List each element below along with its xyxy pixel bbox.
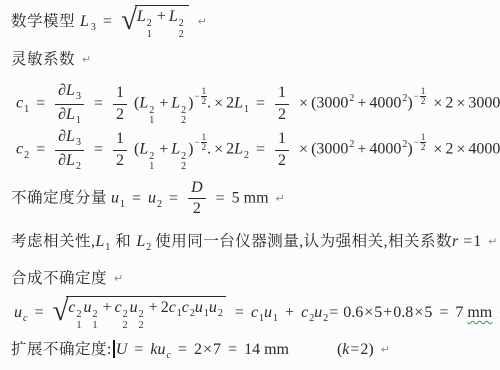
exponent-neg-half: −12 bbox=[194, 133, 207, 152]
op-times: × bbox=[214, 95, 223, 112]
line-sensitivity: 灵敏系数 ↵ bbox=[11, 47, 91, 69]
sub-1: 1 bbox=[105, 242, 110, 253]
denominator: 2 bbox=[278, 105, 286, 124]
op-times: × bbox=[456, 95, 465, 112]
numerator: 1 bbox=[275, 130, 289, 150]
op-plus: + bbox=[357, 141, 366, 158]
paragraph-mark: ↵ bbox=[381, 344, 390, 356]
sub-2: 2 bbox=[179, 30, 184, 41]
op-equals: = bbox=[216, 190, 225, 207]
text-and: 和 bbox=[115, 233, 131, 250]
var-c: c bbox=[68, 299, 75, 316]
partial-L: ∂L bbox=[58, 82, 75, 99]
sup-2: 2 bbox=[93, 310, 98, 321]
op-equals: = bbox=[134, 341, 143, 358]
op-equals: = bbox=[350, 341, 359, 358]
op-plus: + bbox=[149, 299, 158, 316]
op-times: × bbox=[433, 141, 442, 158]
period: . bbox=[207, 141, 211, 158]
var-L: L bbox=[234, 95, 243, 112]
supsub-2-1: 21 bbox=[77, 310, 82, 331]
op-times: × bbox=[214, 141, 223, 158]
label-component: 不确定度分量 bbox=[11, 190, 107, 207]
line-correlation-note: 考虑相关性,L1 和 L2 使用同一台仪器测量,认为强相关,相关系数r =1 ↵ bbox=[11, 229, 497, 253]
var-u: u bbox=[209, 299, 217, 316]
supsub-2-1: 21 bbox=[147, 19, 152, 40]
sup-2: 2 bbox=[139, 310, 144, 321]
supsub-2-2: 22 bbox=[123, 310, 128, 331]
var-u: u bbox=[14, 304, 22, 321]
supsub-2-1: 21 bbox=[149, 152, 154, 173]
radicand: c21u21+c22u22+2c1c2u1u2 bbox=[66, 296, 226, 331]
partial-L: ∂L bbox=[58, 106, 75, 123]
sub-2: 2 bbox=[24, 150, 29, 161]
partial-L: ∂L bbox=[58, 152, 75, 169]
op-plus: + bbox=[285, 304, 294, 321]
num-4000: 4000 bbox=[468, 141, 500, 158]
num-5: 5 bbox=[424, 304, 432, 321]
supsub-2-2: 22 bbox=[179, 19, 184, 40]
fraction-partial: ∂L3∂L1 bbox=[55, 82, 84, 126]
var-c: c bbox=[169, 299, 176, 316]
var-L: L bbox=[171, 95, 180, 112]
period: . bbox=[207, 95, 211, 112]
sup-2: 2 bbox=[77, 310, 82, 321]
text-correlation-a: 考虑相关性, bbox=[11, 233, 95, 250]
mini-fraction: 12 bbox=[420, 87, 427, 106]
op-minus: − bbox=[194, 92, 199, 101]
numerator: 1 bbox=[275, 84, 289, 104]
op-times: × bbox=[299, 95, 308, 112]
label-sensitivity: 灵敏系数 bbox=[11, 51, 75, 68]
op-times: × bbox=[433, 95, 442, 112]
num-08: 0.8 bbox=[393, 304, 413, 321]
num-2: 2 bbox=[226, 141, 234, 158]
var-c: c bbox=[251, 304, 258, 321]
var-k: k bbox=[342, 341, 349, 358]
supsub-2-1: 21 bbox=[93, 310, 98, 331]
num-3000: 3000 bbox=[468, 95, 500, 112]
sub-2: 2 bbox=[244, 150, 249, 161]
line-uc-formula: uc = √c21u21+c22u22+2c1c2u1u2 = c1u1 + c… bbox=[14, 296, 500, 331]
num-1: 1 bbox=[473, 233, 481, 250]
paren-close: ) bbox=[368, 341, 373, 358]
paren-close: ) bbox=[407, 95, 412, 112]
num-2: 2 bbox=[445, 141, 453, 158]
sub-1: 1 bbox=[77, 321, 82, 332]
sub-2: 2 bbox=[218, 308, 223, 319]
numerator: 1 bbox=[113, 130, 127, 150]
paragraph-mark: ↵ bbox=[198, 16, 207, 28]
num-2: 2 bbox=[445, 95, 453, 112]
fraction-D-2: D2 bbox=[188, 179, 206, 219]
fraction-half: 12 bbox=[275, 84, 289, 124]
unit-mm: mm bbox=[244, 190, 269, 207]
text-cursor bbox=[113, 340, 115, 358]
num-7: 7 bbox=[213, 341, 221, 358]
denominator: 2 bbox=[421, 97, 426, 106]
var-L: L bbox=[234, 141, 243, 158]
num-2: 2 bbox=[161, 299, 169, 316]
denominator: 2 bbox=[421, 143, 426, 152]
unit-mm-spellcheck: mm bbox=[467, 304, 492, 321]
op-equals: = bbox=[235, 304, 244, 321]
var-c: c bbox=[16, 141, 23, 158]
sub-1: 1 bbox=[149, 162, 154, 173]
paren-close: ) bbox=[407, 141, 412, 158]
var-r: r bbox=[452, 233, 458, 250]
num-5: 5 bbox=[232, 190, 240, 207]
numerator: ∂L3 bbox=[55, 128, 84, 151]
paragraph-mark: ↵ bbox=[488, 236, 497, 248]
sup-2: 2 bbox=[147, 19, 152, 30]
paragraph-mark: ↵ bbox=[114, 273, 123, 285]
op-equals: = bbox=[463, 233, 472, 250]
var-U: U bbox=[116, 341, 128, 358]
op-times: × bbox=[299, 141, 308, 158]
op-plus: + bbox=[159, 95, 168, 112]
op-equals: = bbox=[439, 304, 448, 321]
sub-2: 2 bbox=[146, 242, 151, 253]
denominator: ∂L2 bbox=[58, 151, 81, 173]
var-c: c bbox=[115, 299, 122, 316]
line-combined-uncertainty: 合成不确定度 ↵ bbox=[11, 266, 123, 288]
denominator: 2 bbox=[202, 97, 207, 106]
op-plus: + bbox=[383, 304, 392, 321]
supsub-2-1: 21 bbox=[149, 106, 154, 127]
op-equals: = bbox=[132, 190, 141, 207]
exponent-neg-half: −12 bbox=[414, 133, 427, 152]
sub-1: 1 bbox=[273, 313, 278, 324]
var-L: L bbox=[137, 8, 146, 25]
var-L: L bbox=[139, 95, 148, 112]
num-06: 0.6 bbox=[343, 304, 363, 321]
num-3000: 3000 bbox=[316, 141, 348, 158]
sub-3: 3 bbox=[91, 22, 96, 33]
line-c2-formula: c2 = ∂L3∂L2 = 12 (L21+L22)−12.×2L2 = 12 … bbox=[16, 128, 500, 173]
unit-mm: mm bbox=[264, 341, 289, 358]
var-L: L bbox=[95, 233, 104, 250]
sub-1: 1 bbox=[76, 115, 81, 126]
sup-2: 2 bbox=[179, 19, 184, 30]
num-7: 7 bbox=[455, 304, 463, 321]
var-c: c bbox=[16, 95, 23, 112]
text-correlation-b: 使用同一台仪器测量,认为强相关,相关系数 bbox=[155, 233, 452, 250]
radical: √L21+L22 bbox=[121, 5, 189, 40]
numerator: D bbox=[188, 179, 206, 199]
op-plus: + bbox=[159, 141, 168, 158]
sub-1: 1 bbox=[147, 30, 152, 41]
label-expanded: 扩展不确定度: bbox=[11, 341, 112, 358]
sup-2: 2 bbox=[349, 93, 354, 104]
op-equals: = bbox=[36, 95, 45, 112]
num-4000: 4000 bbox=[369, 141, 401, 158]
var-u: u bbox=[111, 190, 119, 207]
op-equals: = bbox=[36, 141, 45, 158]
var-L: L bbox=[80, 13, 89, 30]
var-L: L bbox=[169, 8, 178, 25]
var-u: u bbox=[264, 304, 272, 321]
op-minus: − bbox=[414, 138, 419, 147]
denominator: 2 bbox=[116, 151, 124, 170]
num-2: 2 bbox=[194, 341, 202, 358]
paragraph-mark: ↵ bbox=[276, 193, 285, 205]
op-equals: = bbox=[103, 13, 112, 30]
partial-L: ∂L bbox=[58, 128, 75, 145]
fraction-half: 12 bbox=[275, 130, 289, 170]
sub-2: 2 bbox=[181, 162, 186, 173]
sup-2: 2 bbox=[349, 139, 354, 150]
supsub-2-2: 22 bbox=[181, 152, 186, 173]
sub-2: 2 bbox=[76, 161, 81, 172]
numerator: 1 bbox=[113, 84, 127, 104]
denominator: 2 bbox=[193, 199, 201, 218]
sub-1: 1 bbox=[24, 104, 29, 115]
sub-c: c bbox=[23, 313, 27, 324]
op-plus: + bbox=[157, 8, 166, 25]
op-minus: − bbox=[414, 92, 419, 101]
var-u: u bbox=[314, 304, 322, 321]
document-page[interactable]: 数学模型 L3 = √L21+L22 ↵ 灵敏系数 ↵ c1 = ∂L3∂L1 … bbox=[0, 0, 500, 370]
op-times: × bbox=[203, 341, 212, 358]
op-times: × bbox=[456, 141, 465, 158]
label-combined: 合成不确定度 bbox=[11, 270, 107, 287]
op-equals: = bbox=[94, 141, 103, 158]
sub-1: 1 bbox=[149, 116, 154, 127]
num-4000: 4000 bbox=[369, 95, 401, 112]
radical-sign: √ bbox=[52, 297, 68, 326]
sub-2: 2 bbox=[181, 116, 186, 127]
sub-2: 2 bbox=[323, 313, 328, 324]
var-k: k bbox=[150, 341, 157, 358]
sub-1: 1 bbox=[93, 321, 98, 332]
var-L: L bbox=[136, 233, 145, 250]
denominator: ∂L1 bbox=[58, 105, 81, 127]
op-equals: = bbox=[94, 95, 103, 112]
denominator: 2 bbox=[278, 151, 286, 170]
fraction-partial: ∂L3∂L2 bbox=[55, 128, 84, 172]
num-3000: 3000 bbox=[316, 95, 348, 112]
mini-fraction: 12 bbox=[420, 133, 427, 152]
exponent-neg-half: −12 bbox=[414, 87, 427, 106]
denominator: 2 bbox=[202, 143, 207, 152]
paragraph-mark: ↵ bbox=[82, 54, 91, 66]
paren-close: ) bbox=[188, 141, 193, 158]
sup-2: 2 bbox=[123, 310, 128, 321]
num-5: 5 bbox=[374, 304, 382, 321]
op-equals: = bbox=[329, 304, 338, 321]
supsub-2-2: 22 bbox=[139, 310, 144, 331]
op-minus: − bbox=[194, 138, 199, 147]
var-u: u bbox=[130, 299, 138, 316]
op-times: × bbox=[364, 304, 373, 321]
fraction-half: 12 bbox=[113, 84, 127, 124]
op-plus: + bbox=[357, 95, 366, 112]
sub-3: 3 bbox=[76, 91, 81, 102]
sub-1: 1 bbox=[244, 104, 249, 115]
op-equals: = bbox=[178, 341, 187, 358]
num-14: 14 bbox=[244, 341, 260, 358]
op-times: × bbox=[414, 304, 423, 321]
label-math-model: 数学模型 bbox=[11, 13, 75, 30]
line-c1-formula: c1 = ∂L3∂L1 = 12 (L21+L22)−12.×2L1 = 12 … bbox=[16, 82, 500, 127]
fraction-half: 12 bbox=[113, 130, 127, 170]
exponent-neg-half: −12 bbox=[194, 87, 207, 106]
sub-2: 2 bbox=[123, 321, 128, 332]
sub-2: 2 bbox=[157, 199, 162, 210]
line-uncertainty-component: 不确定度分量 u1 = u2 = D2 = 5 mm ↵ bbox=[11, 179, 285, 219]
var-u: u bbox=[195, 299, 203, 316]
var-u: u bbox=[84, 299, 92, 316]
denominator: 2 bbox=[116, 105, 124, 124]
num-2: 2 bbox=[226, 95, 234, 112]
var-L: L bbox=[171, 141, 180, 158]
supsub-2-2: 22 bbox=[181, 106, 186, 127]
var-c: c bbox=[301, 304, 308, 321]
line-expanded-uncertainty: 扩展不确定度:U = kuc = 2×7 = 14 mm (k=2) ↵ bbox=[11, 337, 390, 361]
var-c: c bbox=[182, 299, 189, 316]
numerator: ∂L3 bbox=[55, 82, 84, 105]
sub-1: 1 bbox=[120, 199, 125, 210]
line-math-model: 数学模型 L3 = √L21+L22 ↵ bbox=[11, 5, 207, 40]
sub-c: c bbox=[167, 350, 171, 361]
op-equals: = bbox=[228, 341, 237, 358]
var-L: L bbox=[139, 141, 148, 158]
var-u: u bbox=[158, 341, 166, 358]
op-equals: = bbox=[256, 141, 265, 158]
sub-2: 2 bbox=[139, 321, 144, 332]
var-u: u bbox=[148, 190, 156, 207]
radical-sign: √ bbox=[121, 6, 137, 35]
op-plus: + bbox=[103, 299, 112, 316]
op-equals: = bbox=[34, 304, 43, 321]
op-equals: = bbox=[169, 190, 178, 207]
radicand: L21+L22 bbox=[135, 5, 189, 40]
sub-3: 3 bbox=[76, 137, 81, 148]
paren-close: ) bbox=[188, 95, 193, 112]
op-equals: = bbox=[256, 95, 265, 112]
radical: √c21u21+c22u22+2c1c2u1u2 bbox=[52, 296, 225, 331]
